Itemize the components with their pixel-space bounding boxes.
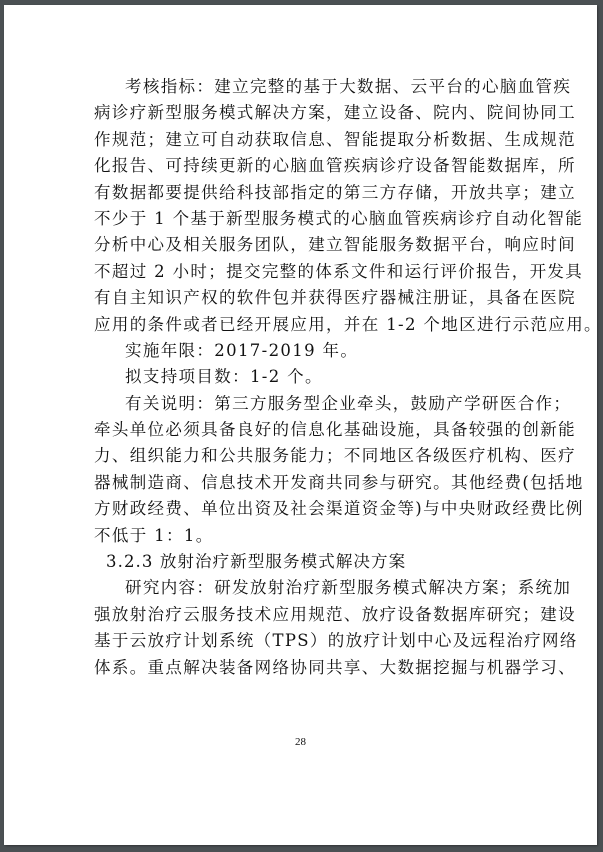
- project-count-line: 拟支持项目数：1-2 个。: [94, 364, 516, 390]
- paragraph-assessment-indicators-line: 考核指标：建立完整的基于大数据、云平台的心脑血管疾: [94, 74, 516, 100]
- paragraph-line: 力、组织能力和公共服务能力；不同地区各级医疗机构、医疗: [94, 443, 516, 469]
- paragraph-line: 基于云放疗计划系统（TPS）的放疗计划中心及远程治疗网络: [94, 628, 516, 654]
- paragraph-line: 强放射治疗云服务技术应用规范、放疗设备数据库研究；建设: [94, 602, 516, 628]
- section-heading-3-2-3: 3.2.3 放射治疗新型服务模式解决方案: [94, 549, 516, 575]
- implementation-period-line: 实施年限：2017-2019 年。: [94, 338, 516, 364]
- paragraph-line: 不超过 2 小时；提交完整的体系文件和运行评价报告，开发具: [94, 259, 516, 285]
- paragraph-line: 作规范；建立可自动获取信息、智能提取分析数据、生成规范: [94, 127, 516, 153]
- paragraph-line: 分析中心及相关服务团队，建立智能服务数据平台，响应时间: [94, 232, 516, 258]
- paragraph-line: 化报告、可持续更新的心脑血管疾病诊疗设备智能数据库，所: [94, 153, 516, 179]
- page-number: 28: [4, 736, 597, 748]
- paragraph-line: 病诊疗新型服务模式解决方案，建立设备、院内、院间协同工: [94, 100, 516, 126]
- paragraph-line: 方财政经费、单位出资及社会渠道资金等)与中央财政经费比例: [94, 496, 516, 522]
- document-body: 考核指标：建立完整的基于大数据、云平台的心脑血管疾 病诊疗新型服务模式解决方案，…: [94, 74, 516, 681]
- paragraph-line: 有自主知识产权的软件包并获得医疗器械注册证，具备在医院: [94, 285, 516, 311]
- paragraph-line: 不少于 1 个基于新型服务模式的心脑血管疾病诊疗自动化智能: [94, 206, 516, 232]
- paragraph-line: 体系。重点解决装备网络协同共享、大数据挖掘与机器学习、: [94, 655, 516, 681]
- paragraph-line: 有数据都要提供给科技部指定的第三方存储，开放共享；建立: [94, 180, 516, 206]
- paragraph-notes-line: 有关说明：第三方服务型企业牵头，鼓励产学研医合作；: [94, 391, 516, 417]
- paragraph-line: 牵头单位必须具备良好的信息化基础设施，具备较强的创新能: [94, 417, 516, 443]
- paragraph-line: 器械制造商、信息技术开发商共同参与研究。其他经费(包括地: [94, 470, 516, 496]
- paragraph-research-content-line: 研究内容：研发放射治疗新型服务模式解决方案；系统加: [94, 575, 516, 601]
- paragraph-line: 应用的条件或者已经开展应用，并在 1-2 个地区进行示范应用。: [94, 312, 516, 338]
- document-page: 考核指标：建立完整的基于大数据、云平台的心脑血管疾 病诊疗新型服务模式解决方案，…: [4, 5, 597, 845]
- paragraph-line: 不低于 1：1。: [94, 523, 516, 549]
